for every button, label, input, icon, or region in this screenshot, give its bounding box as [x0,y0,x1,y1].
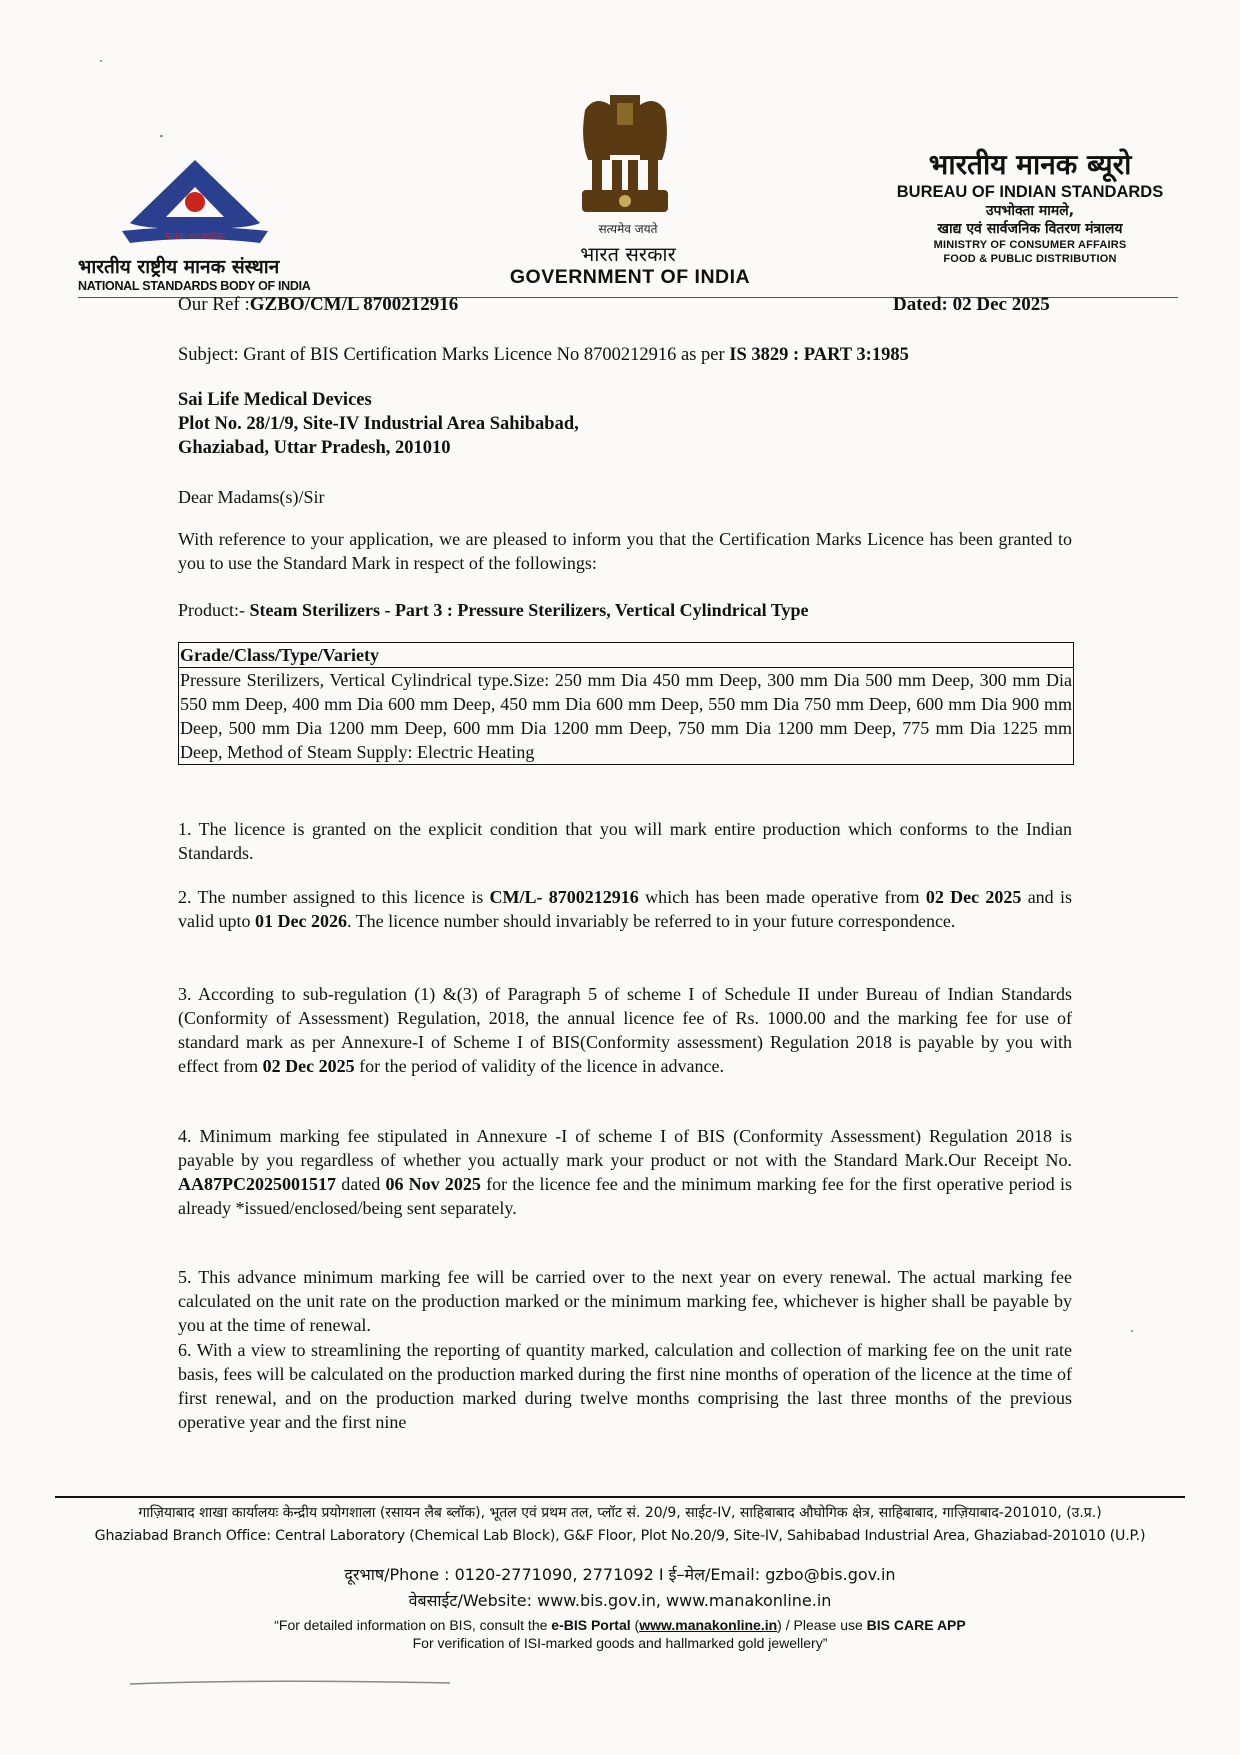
bis-header-block: भारतीय मानक ब्यूरो BUREAU OF INDIAN STAN… [880,148,1180,266]
footer-website: वेबसाईट/Website: www.bis.gov.in, www.man… [200,1589,1040,1611]
valid-to: 01 Dec 2026 [255,911,347,931]
addressee: Sai Life Medical Devices Plot No. 28/1/9… [178,388,1072,460]
footer-address-hindi: गाज़ियाबाद शाखा कार्यालयः केन्द्रीय प्रय… [40,1503,1200,1522]
subject-standard: IS 3829 : PART 3:1985 [729,345,909,365]
scan-speck [1131,1330,1133,1332]
grade-table-value: Pressure Sterilizers, Vertical Cylindric… [179,668,1074,765]
scan-speck [100,60,102,62]
subject-text: Subject: Grant of BIS Certification Mark… [178,345,729,365]
reference-number: Our Ref :GZBO/CM/L 8700212916 [178,294,458,316]
paragraph-3-text: 3. According to sub-regulation (1) &(3) … [178,982,1072,1078]
ref-value: GZBO/CM/L 8700212916 [250,294,459,315]
addressee-line1: Plot No. 28/1/9, Site-IV Industrial Area… [178,412,1072,436]
valid-from: 02 Dec 2025 [926,887,1022,907]
letter-date: Dated: 02 Dec 2025 [893,294,1050,316]
ministry-hindi-1: उपभोक्ता मामले, [880,202,1180,220]
salutation: Dear Madams(s)/Sir [178,485,1072,509]
government-english: GOVERNMENT OF INDIA [480,266,780,289]
paragraph-3: 3. According to sub-regulation (1) &(3) … [178,982,1072,1078]
paragraph-2-text: 2. The number assigned to this licence i… [178,885,1072,933]
intro-paragraph: With reference to your application, we a… [178,527,1072,575]
national-emblem-icon [570,85,680,220]
emblem-motto: सत्यमेव जयते [568,220,688,237]
footer-address-english: Ghaziabad Branch Office: Central Laborat… [40,1528,1200,1544]
paragraph-5-text: 5. This advance minimum marking fee will… [178,1265,1072,1337]
footer-note-line1: “For detailed information on BIS, consul… [150,1617,1090,1633]
scan-artifact [130,1672,450,1678]
footer-contact: दूरभाष/Phone : 0120-2771090, 2771092 I ई… [200,1563,1040,1585]
grade-table-header: Grade/Class/Type/Variety [179,643,1074,668]
addressee-name: Sai Life Medical Devices [178,388,1072,412]
ref-label: Our Ref : [178,294,250,315]
footer-divider [55,1496,1185,1498]
paragraph-6-text: 6. With a view to streamlining the repor… [178,1338,1072,1434]
addressee-line2: Ghaziabad, Uttar Pradesh, 201010 [178,436,1072,460]
grade-table: Grade/Class/Type/Variety Pressure Steril… [178,642,1074,765]
org-name-hindi: भारतीय राष्ट्रीय मानक संस्थान [78,253,279,279]
scan-speck [160,135,163,137]
ministry-hindi-2: खाद्य एवं सार्वजनिक वितरण मंत्रालय [880,220,1180,238]
ministry-english-1: MINISTRY OF CONSUMER AFFAIRS [880,238,1180,252]
intro-text: With reference to your application, we a… [178,527,1072,575]
receipt-number: AA87PC2025001517 [178,1174,336,1194]
fee-effective-date: 02 Dec 2025 [263,1056,355,1076]
footer-note-line2: For verification of ISI-marked goods and… [150,1635,1090,1651]
bis-name-hindi: भारतीय मानक ब्यूरो [880,148,1180,182]
org-name-english: NATIONAL STANDARDS BODY OF INDIA [78,279,311,293]
licence-number: CM/L- 8700212916 [490,887,639,907]
subject-line: Subject: Grant of BIS Certification Mark… [178,343,1072,367]
bis-name-english: BUREAU OF INDIAN STANDARDS [880,182,1180,202]
paragraph-6: 6. With a view to streamlining the repor… [178,1338,1072,1434]
bis-logo-icon: मानकः पथप्रदर्शकः [120,155,270,250]
product-label: Product:- [178,600,250,620]
ministry-english-2: FOOD & PUBLIC DISTRIBUTION [880,252,1180,266]
paragraph-5: 5. This advance minimum marking fee will… [178,1265,1072,1337]
paragraph-1: 1. The licence is granted on the explici… [178,817,1072,865]
product-line: Product:- Steam Sterilizers - Part 3 : P… [178,598,1072,622]
paragraph-2: 2. The number assigned to this licence i… [178,885,1072,933]
ebis-portal-label: e-BIS Portal [551,1617,630,1633]
government-hindi: भारत सरकार [540,240,716,267]
paragraph-4-text: 4. Minimum marking fee stipulated in Ann… [178,1124,1072,1220]
manakonline-link[interactable]: www.manakonline.in [639,1617,777,1633]
paragraph-4: 4. Minimum marking fee stipulated in Ann… [178,1124,1072,1220]
receipt-date: 06 Nov 2025 [385,1174,480,1194]
bis-care-app-label: BIS CARE APP [867,1617,966,1633]
paragraph-1-text: 1. The licence is granted on the explici… [178,817,1072,865]
product-value: Steam Sterilizers - Part 3 : Pressure St… [250,600,809,620]
svg-text:मानकः पथप्रदर्शकः: मानकः पथप्रदर्शकः [165,230,225,242]
